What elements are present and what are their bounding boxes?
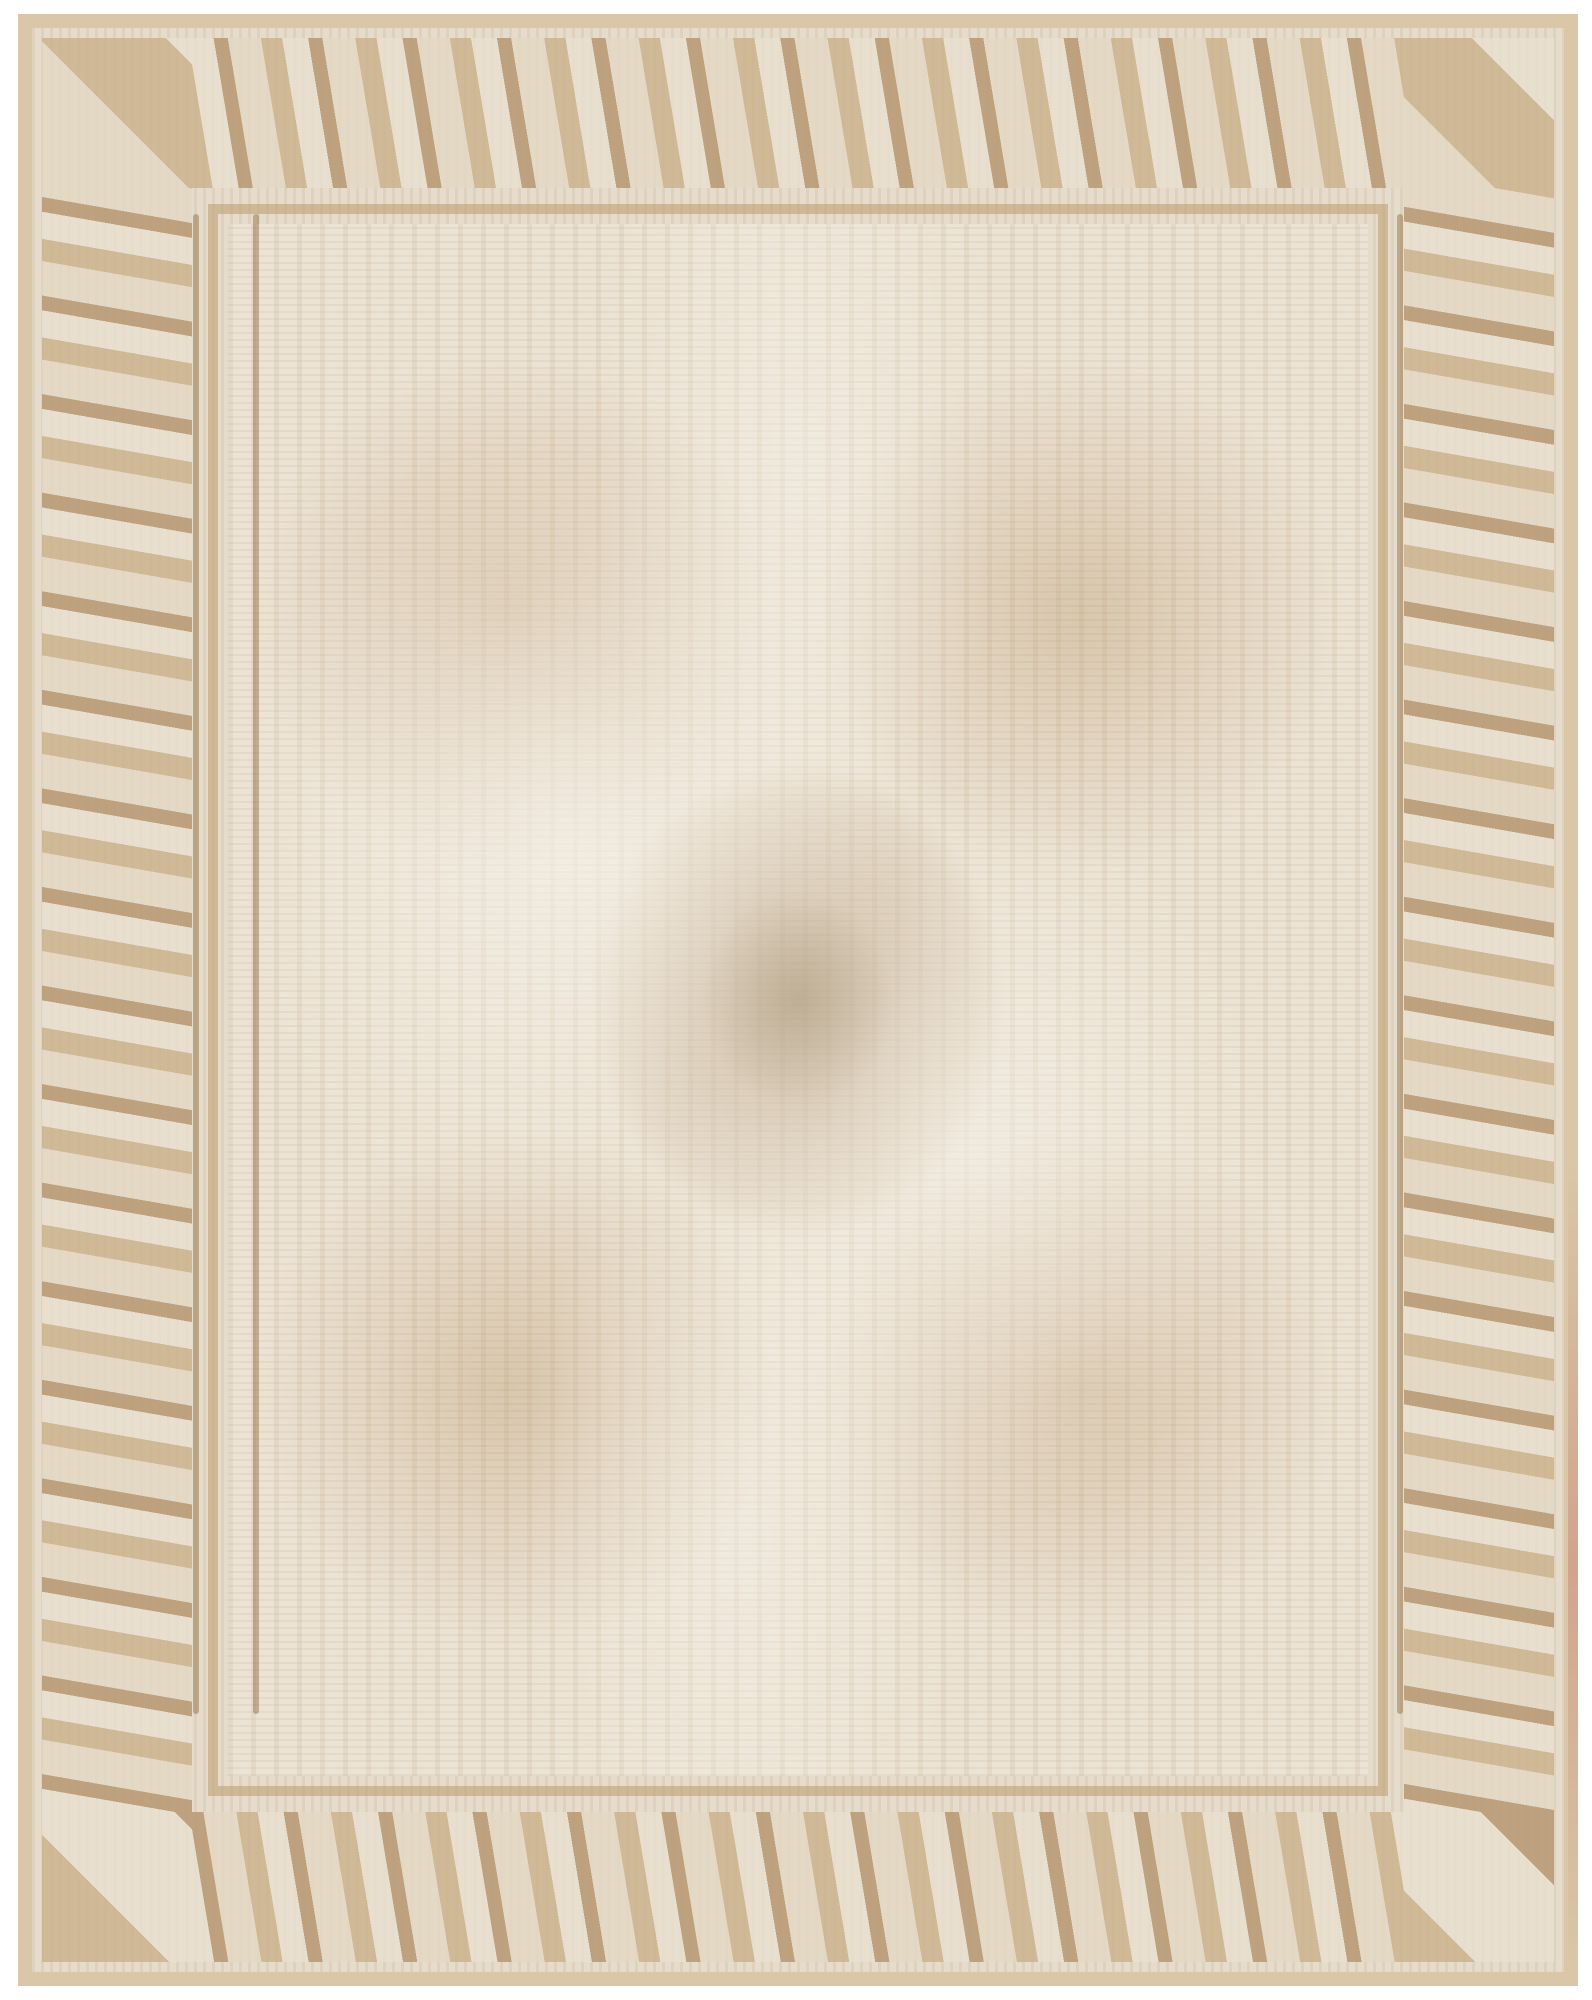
rug-fold-line-left	[193, 214, 199, 1714]
rug-pink-edge	[1568, 1164, 1578, 1964]
rug-fold-line-right	[1397, 214, 1403, 1714]
rug-fold-line-left-2	[253, 214, 259, 1714]
rug-field	[228, 224, 1368, 1776]
rug-image	[18, 14, 1578, 1986]
rug-worn-areas	[228, 224, 1368, 1776]
